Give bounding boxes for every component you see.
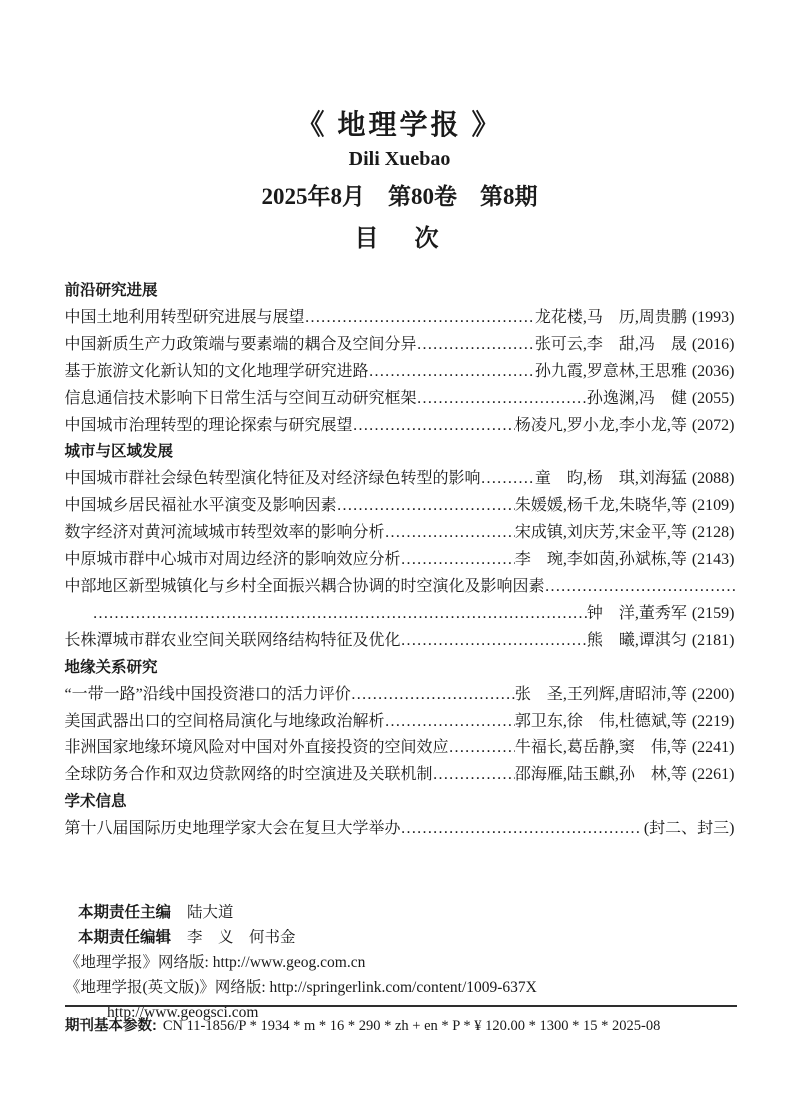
toc-row-wrapped-line2: 钟 洋,董秀军(2159) (65, 601, 735, 628)
article-title: 非洲国家地缘环境风险对中国对外直接投资的空间效应 (65, 735, 449, 762)
article-title: 中国城乡居民福祉水平演变及影响因素 (65, 493, 337, 520)
toc-row-wrapped-line1: 中部地区新型城镇化与乡村全面振兴耦合协调的时空演化及影响因素 (65, 574, 735, 601)
article-page: (2181) (692, 632, 735, 649)
article-title: 基于旅游文化新认知的文化地理学研究进路 (65, 359, 369, 386)
article-title: 中国新质生产力政策端与要素端的耦合及空间分异 (65, 332, 417, 359)
duty-editor-names: 李 义 何书金 (187, 929, 296, 946)
article-authors: 邵海雁,陆玉麒,孙 林,等 (515, 766, 687, 783)
article-title: 数字经济对黄河流域城市转型效率的影响分析 (65, 520, 385, 547)
toc-row: 美国武器出口的空间格局演化与地缘政治解析 郭卫东,徐 伟,杜德斌,等(2219) (65, 709, 735, 736)
toc-row: 全球防务合作和双边贷款网络的时空演进及关联机制 邵海雁,陆玉麒,孙 林,等(22… (65, 762, 735, 789)
article-page: (2200) (692, 686, 735, 703)
article-page: (封二、封三) (644, 820, 735, 837)
cn-web-url: http://www.geog.com.cn (213, 954, 366, 971)
section-header-academic-info: 学术信息 (65, 789, 735, 816)
toc-row: 非洲国家地缘环境风险对中国对外直接投资的空间效应 牛福长,葛岳静,窦 伟,等(2… (65, 735, 735, 762)
article-authors: 朱媛媛,杨千龙,朱晓华,等 (515, 497, 687, 514)
article-title: 美国武器出口的空间格局演化与地缘政治解析 (65, 709, 385, 736)
article-authors: 熊 曦,谭淇匀 (587, 632, 687, 649)
article-title: 中国城市群社会绿色转型演化特征及对经济绿色转型的影响 (65, 466, 481, 493)
dot-leader (417, 332, 535, 359)
article-title: 中国城市治理转型的理论探索与研究展望 (65, 413, 353, 440)
cn-web-line: 《地理学报》网络版: http://www.geog.com.cn (65, 950, 734, 975)
article-page: (2128) (692, 524, 735, 541)
article-title: “一带一路”沿线中国投资港口的活力评价 (65, 682, 351, 709)
dot-leader (545, 574, 735, 601)
article-page: (2159) (692, 605, 735, 622)
issue-line: 2025年8月 第80卷 第8期 (0, 184, 799, 210)
article-page: (2016) (692, 336, 735, 353)
article-authors: 张可云,李 甜,冯 晟 (535, 336, 687, 353)
article-authors: 张 圣,王列辉,唐昭沛,等 (515, 686, 687, 703)
en-web-label: 《地理学报(英文版)》网络版: (65, 979, 266, 996)
article-page: (2109) (692, 497, 735, 514)
article-page: (2241) (692, 739, 735, 756)
toc-row: 中国城市治理转型的理论探索与研究展望 杨凌凡,罗小龙,李小龙,等(2072) (65, 413, 735, 440)
chief-editor-line: 本期责任主编陆大道 (78, 900, 734, 925)
dot-leader (369, 359, 535, 386)
dot-leader (337, 493, 515, 520)
toc-row: 数字经济对黄河流域城市转型效率的影响分析 宋成镇,刘庆芳,宋金平,等(2128) (65, 520, 735, 547)
article-authors: 杨凌凡,罗小龙,李小龙,等 (515, 417, 687, 434)
article-authors: 李 琬,李如茵,孙斌栋,等 (515, 551, 687, 568)
dot-leader (433, 762, 515, 789)
toc-row: 中国城市群社会绿色转型演化特征及对经济绿色转型的影响 童 昀,杨 琪,刘海猛(2… (65, 466, 735, 493)
article-title: 第十八届国际历史地理学家大会在复旦大学举办 (65, 816, 401, 843)
article-page: (2261) (692, 766, 735, 783)
journal-title: 《 地理学报 》 (0, 110, 799, 142)
section-header-geopolitics: 地缘关系研究 (65, 655, 735, 682)
dot-leader (305, 305, 535, 332)
article-page: (2143) (692, 551, 735, 568)
dot-leader (385, 520, 515, 547)
article-title: 长株潭城市群农业空间关联网络结构特征及优化 (65, 628, 401, 655)
dot-leader (481, 466, 535, 493)
duty-editor-label: 本期责任编辑 (78, 929, 171, 946)
toc-row: 信息通信技术影响下日常生活与空间互动研究框架 孙逸渊,冯 健(2055) (65, 386, 735, 413)
article-authors: 牛福长,葛岳静,窦 伟,等 (515, 739, 687, 756)
article-page: (2055) (692, 390, 735, 407)
article-title: 中部地区新型城镇化与乡村全面振兴耦合协调的时空演化及影响因素 (65, 574, 545, 601)
en-web-url-springer: http://springerlink.com/content/1009-637… (270, 979, 537, 996)
article-page: (2072) (692, 417, 735, 434)
article-title: 全球防务合作和双边贷款网络的时空演进及关联机制 (65, 762, 433, 789)
toc-row: 中国城乡居民福祉水平演变及影响因素 朱媛媛,杨千龙,朱晓华,等(2109) (65, 493, 735, 520)
dot-leader (449, 735, 515, 762)
article-title: 中原城市群中心城市对周边经济的影响效应分析 (65, 547, 401, 574)
chief-editor-name: 陆大道 (187, 904, 234, 921)
dot-leader (353, 413, 515, 440)
duty-editor-line: 本期责任编辑李 义 何书金 (78, 925, 734, 950)
article-page: (1993) (692, 309, 735, 326)
article-title: 中国土地利用转型研究进展与展望 (65, 305, 305, 332)
article-authors: 宋成镇,刘庆芳,宋金平,等 (515, 524, 687, 541)
masthead: 《 地理学报 》 Dili Xuebao 2025年8月 第80卷 第8期 目 … (0, 0, 799, 253)
dot-leader (417, 386, 587, 413)
journal-params-line: 期刊基本参数:CN 11-1856/P * 1934 * m * 16 * 29… (65, 1016, 660, 1036)
article-authors: 郭卫东,徐 伟,杜德斌,等 (515, 713, 687, 730)
dot-leader (351, 682, 515, 709)
chief-editor-label: 本期责任主编 (78, 904, 171, 921)
dot-leader (401, 628, 587, 655)
toc-row: 中国新质生产力政策端与要素端的耦合及空间分异 张可云,李 甜,冯 晟(2016) (65, 332, 735, 359)
article-authors: 孙逸渊,冯 健 (587, 390, 687, 407)
toc-row: 基于旅游文化新认知的文化地理学研究进路 孙九霞,罗意林,王思雅(2036) (65, 359, 735, 386)
toc-row: 长株潭城市群农业空间关联网络结构特征及优化 熊 曦,谭淇匀(2181) (65, 628, 735, 655)
article-title: 信息通信技术影响下日常生活与空间互动研究框架 (65, 386, 417, 413)
toc-row: 中国土地利用转型研究进展与展望 龙花楼,马 历,周贵鹏(1993) (65, 305, 735, 332)
divider-rule (65, 1005, 737, 1007)
journal-toc-page: 《 地理学报 》 Dili Xuebao 2025年8月 第80卷 第8期 目 … (0, 0, 799, 1112)
dot-leader (401, 816, 639, 843)
journal-params-value: CN 11-1856/P * 1934 * m * 16 * 290 * zh … (163, 1018, 661, 1034)
table-of-contents: 前沿研究进展 中国土地利用转型研究进展与展望 龙花楼,马 历,周贵鹏(1993)… (65, 278, 735, 843)
article-page: (2036) (692, 363, 735, 380)
article-authors: 钟 洋,董秀军 (587, 605, 687, 622)
section-header-urban-regional: 城市与区域发展 (65, 439, 735, 466)
article-page: (2088) (692, 470, 735, 487)
toc-row: 第十八届国际历史地理学家大会在复旦大学举办 (封二、封三) (65, 816, 735, 843)
section-header-frontier: 前沿研究进展 (65, 278, 735, 305)
contents-heading: 目 次 (0, 225, 799, 253)
dot-leader (401, 547, 515, 574)
article-authors: 龙花楼,马 历,周贵鹏 (535, 309, 687, 326)
journal-subtitle-pinyin: Dili Xuebao (0, 147, 799, 171)
article-page: (2219) (692, 713, 735, 730)
toc-row: “一带一路”沿线中国投资港口的活力评价 张 圣,王列辉,唐昭沛,等(2200) (65, 682, 735, 709)
journal-params-label: 期刊基本参数: (65, 1018, 157, 1034)
dot-leader (93, 601, 587, 628)
dot-leader (385, 709, 515, 736)
cn-web-label: 《地理学报》网络版: (65, 954, 209, 971)
toc-row: 中原城市群中心城市对周边经济的影响效应分析 李 琬,李如茵,孙斌栋,等(2143… (65, 547, 735, 574)
article-authors: 童 昀,杨 琪,刘海猛 (535, 470, 687, 487)
article-authors: 孙九霞,罗意林,王思雅 (535, 363, 687, 380)
